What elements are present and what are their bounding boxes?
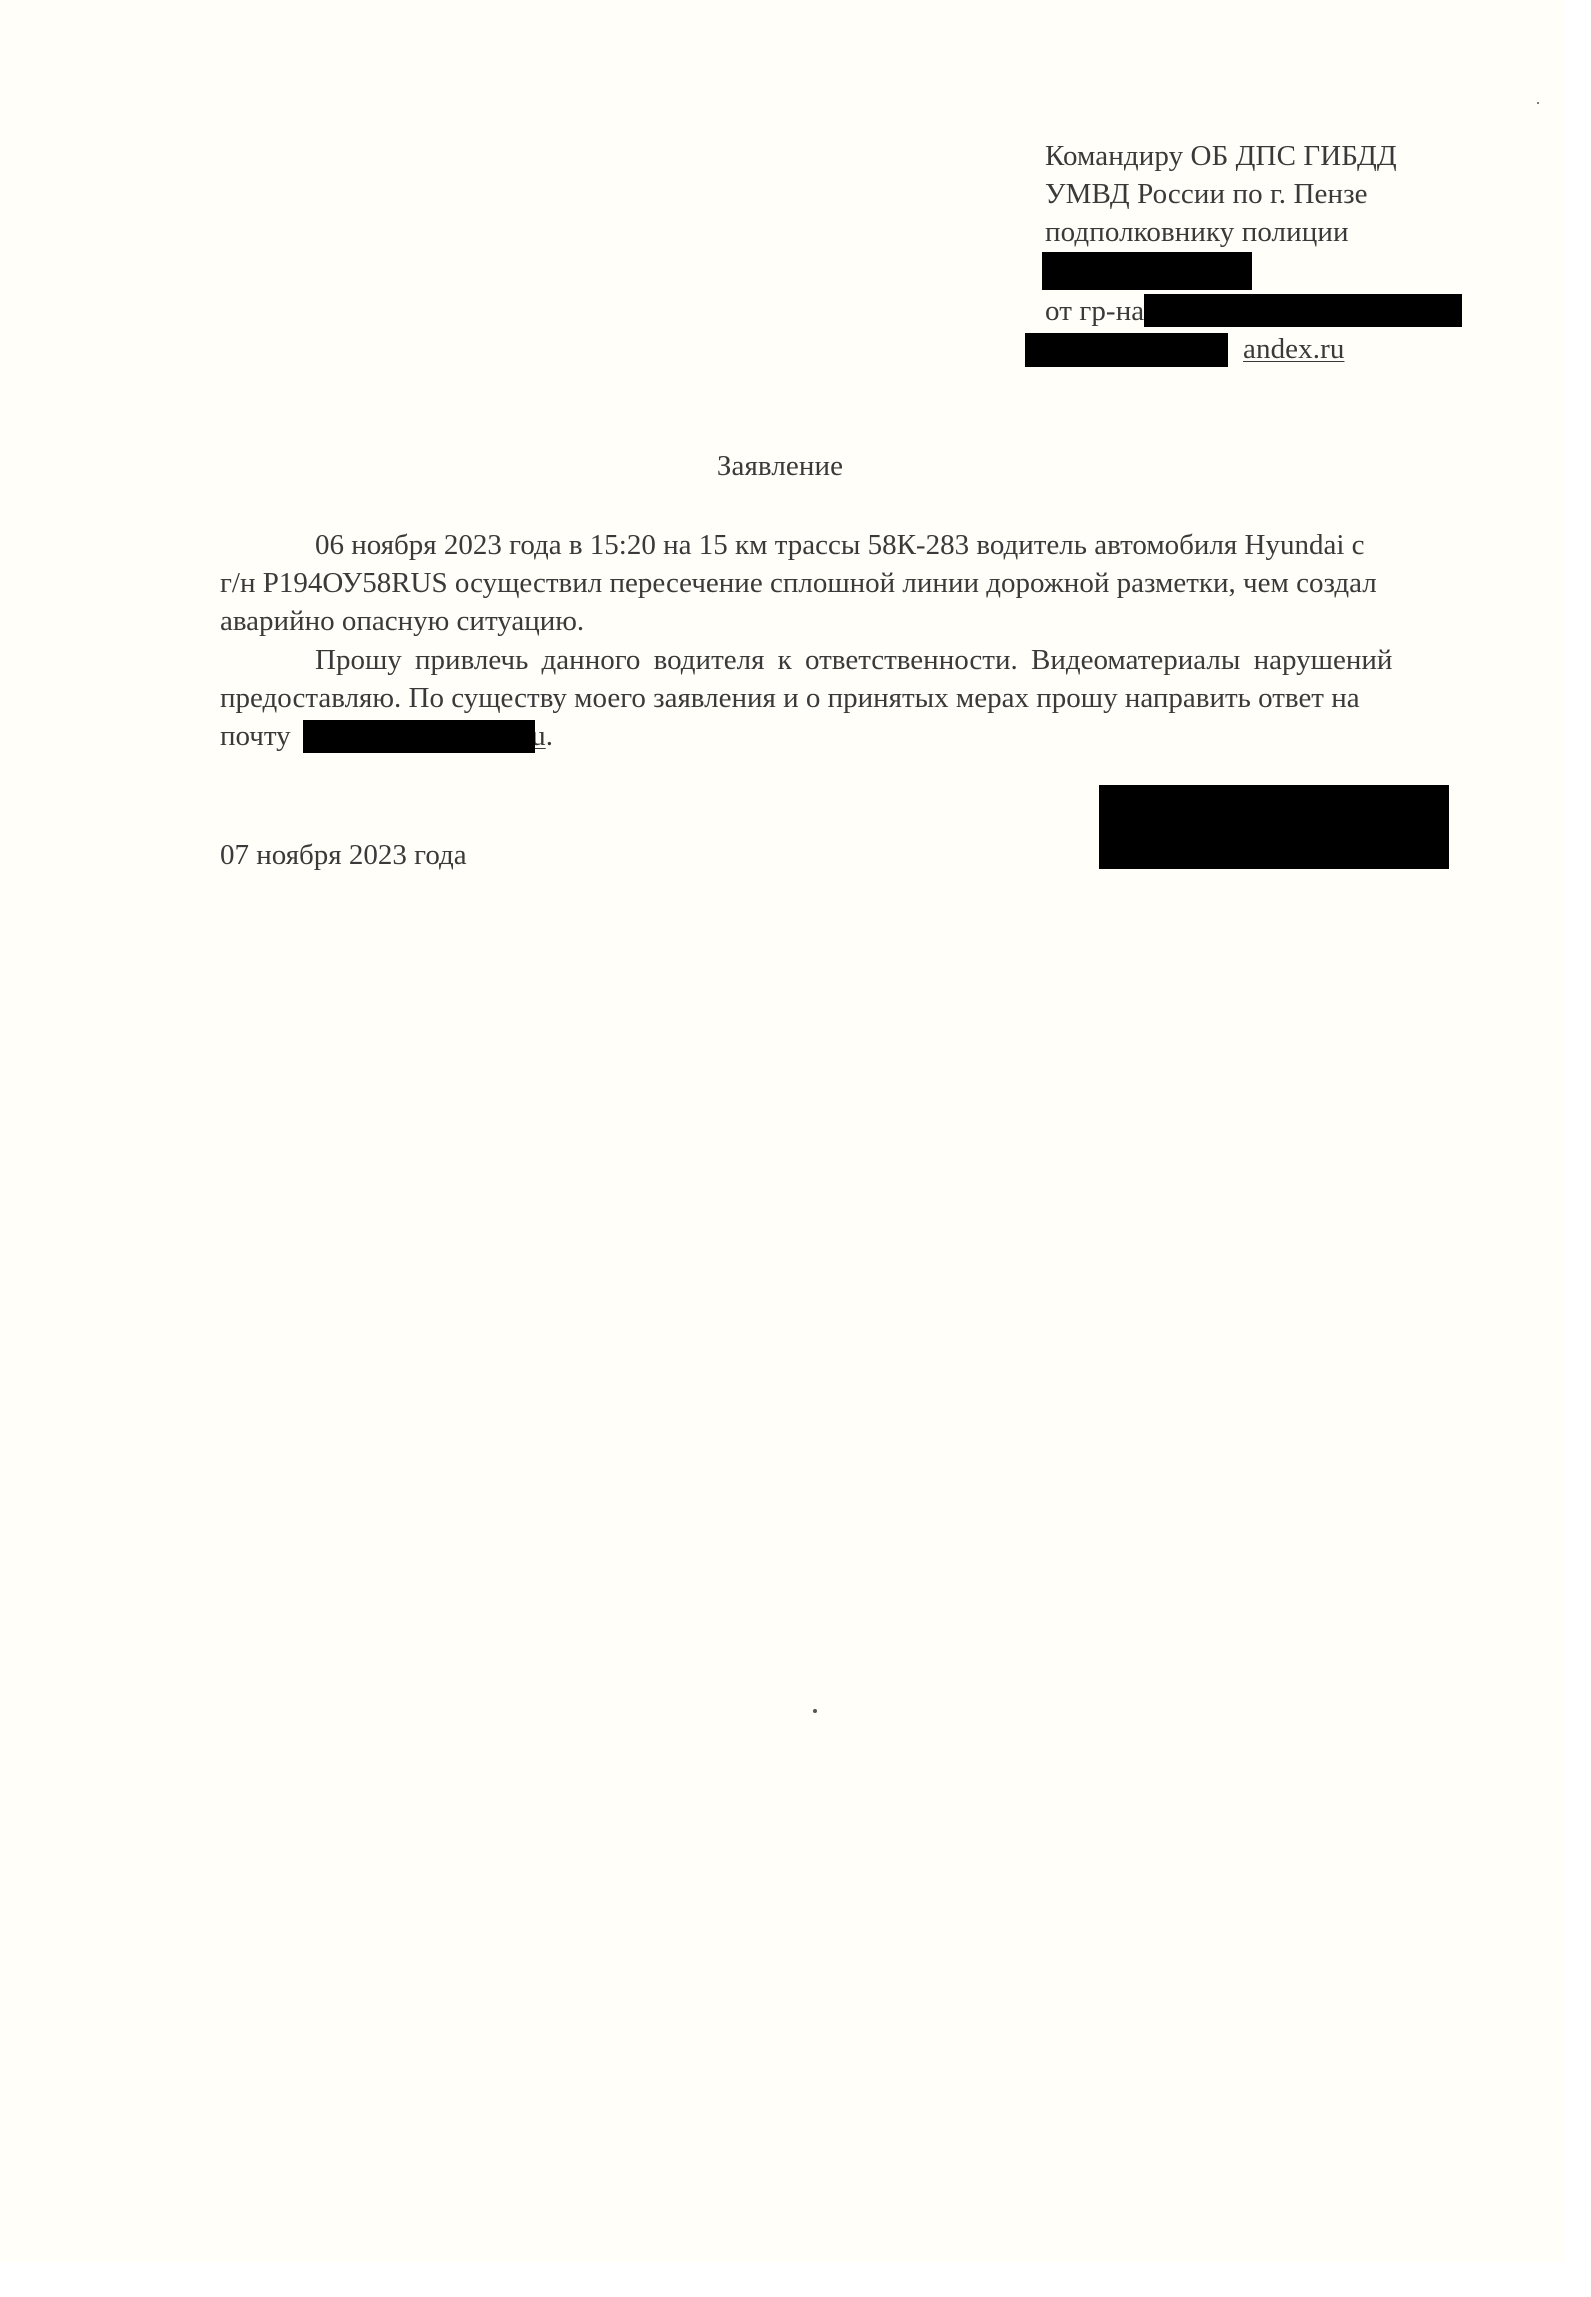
email-prefix-label: почту xyxy=(220,720,291,752)
paragraph-2-line-2: предоставляю. По существу моего заявлени… xyxy=(220,679,1360,717)
redacted-sender-name xyxy=(1144,294,1462,327)
document-date: 07 ноября 2023 года xyxy=(220,836,467,874)
redacted-signature xyxy=(1099,785,1449,869)
scan-speck xyxy=(1537,102,1539,104)
redacted-officer-name xyxy=(1042,252,1252,290)
document-page: Командиру ОБ ДПС ГИБДД УМВД России по г.… xyxy=(0,0,1565,2262)
addressee-line-3: подполковнику полиции xyxy=(1045,213,1349,251)
redacted-sender-email xyxy=(1025,333,1228,367)
paragraph-1-line-1: 06 ноября 2023 года в 15:20 на 15 км тра… xyxy=(315,526,1365,564)
paragraph-1-line-3: аварийно опасную ситуацию. xyxy=(220,602,584,640)
sender-email-suffix: andex.ru xyxy=(1243,330,1344,368)
document-title: Заявление xyxy=(580,447,980,485)
from-label: от гр-на xyxy=(1045,292,1144,330)
paragraph-1-line-2: г/н Р194ОУ58RUS осуществил пересечение с… xyxy=(220,564,1377,602)
trailing-period: . xyxy=(546,720,553,752)
addressee-line-2: УМВД России по г. Пензе xyxy=(1045,175,1368,213)
scan-speck xyxy=(813,1709,817,1713)
redacted-contact-email xyxy=(303,720,535,753)
paragraph-2-line-1: Прошу привлечь данного водителя к ответс… xyxy=(315,641,1392,679)
addressee-line-1: Командиру ОБ ДПС ГИБДД xyxy=(1045,137,1397,175)
